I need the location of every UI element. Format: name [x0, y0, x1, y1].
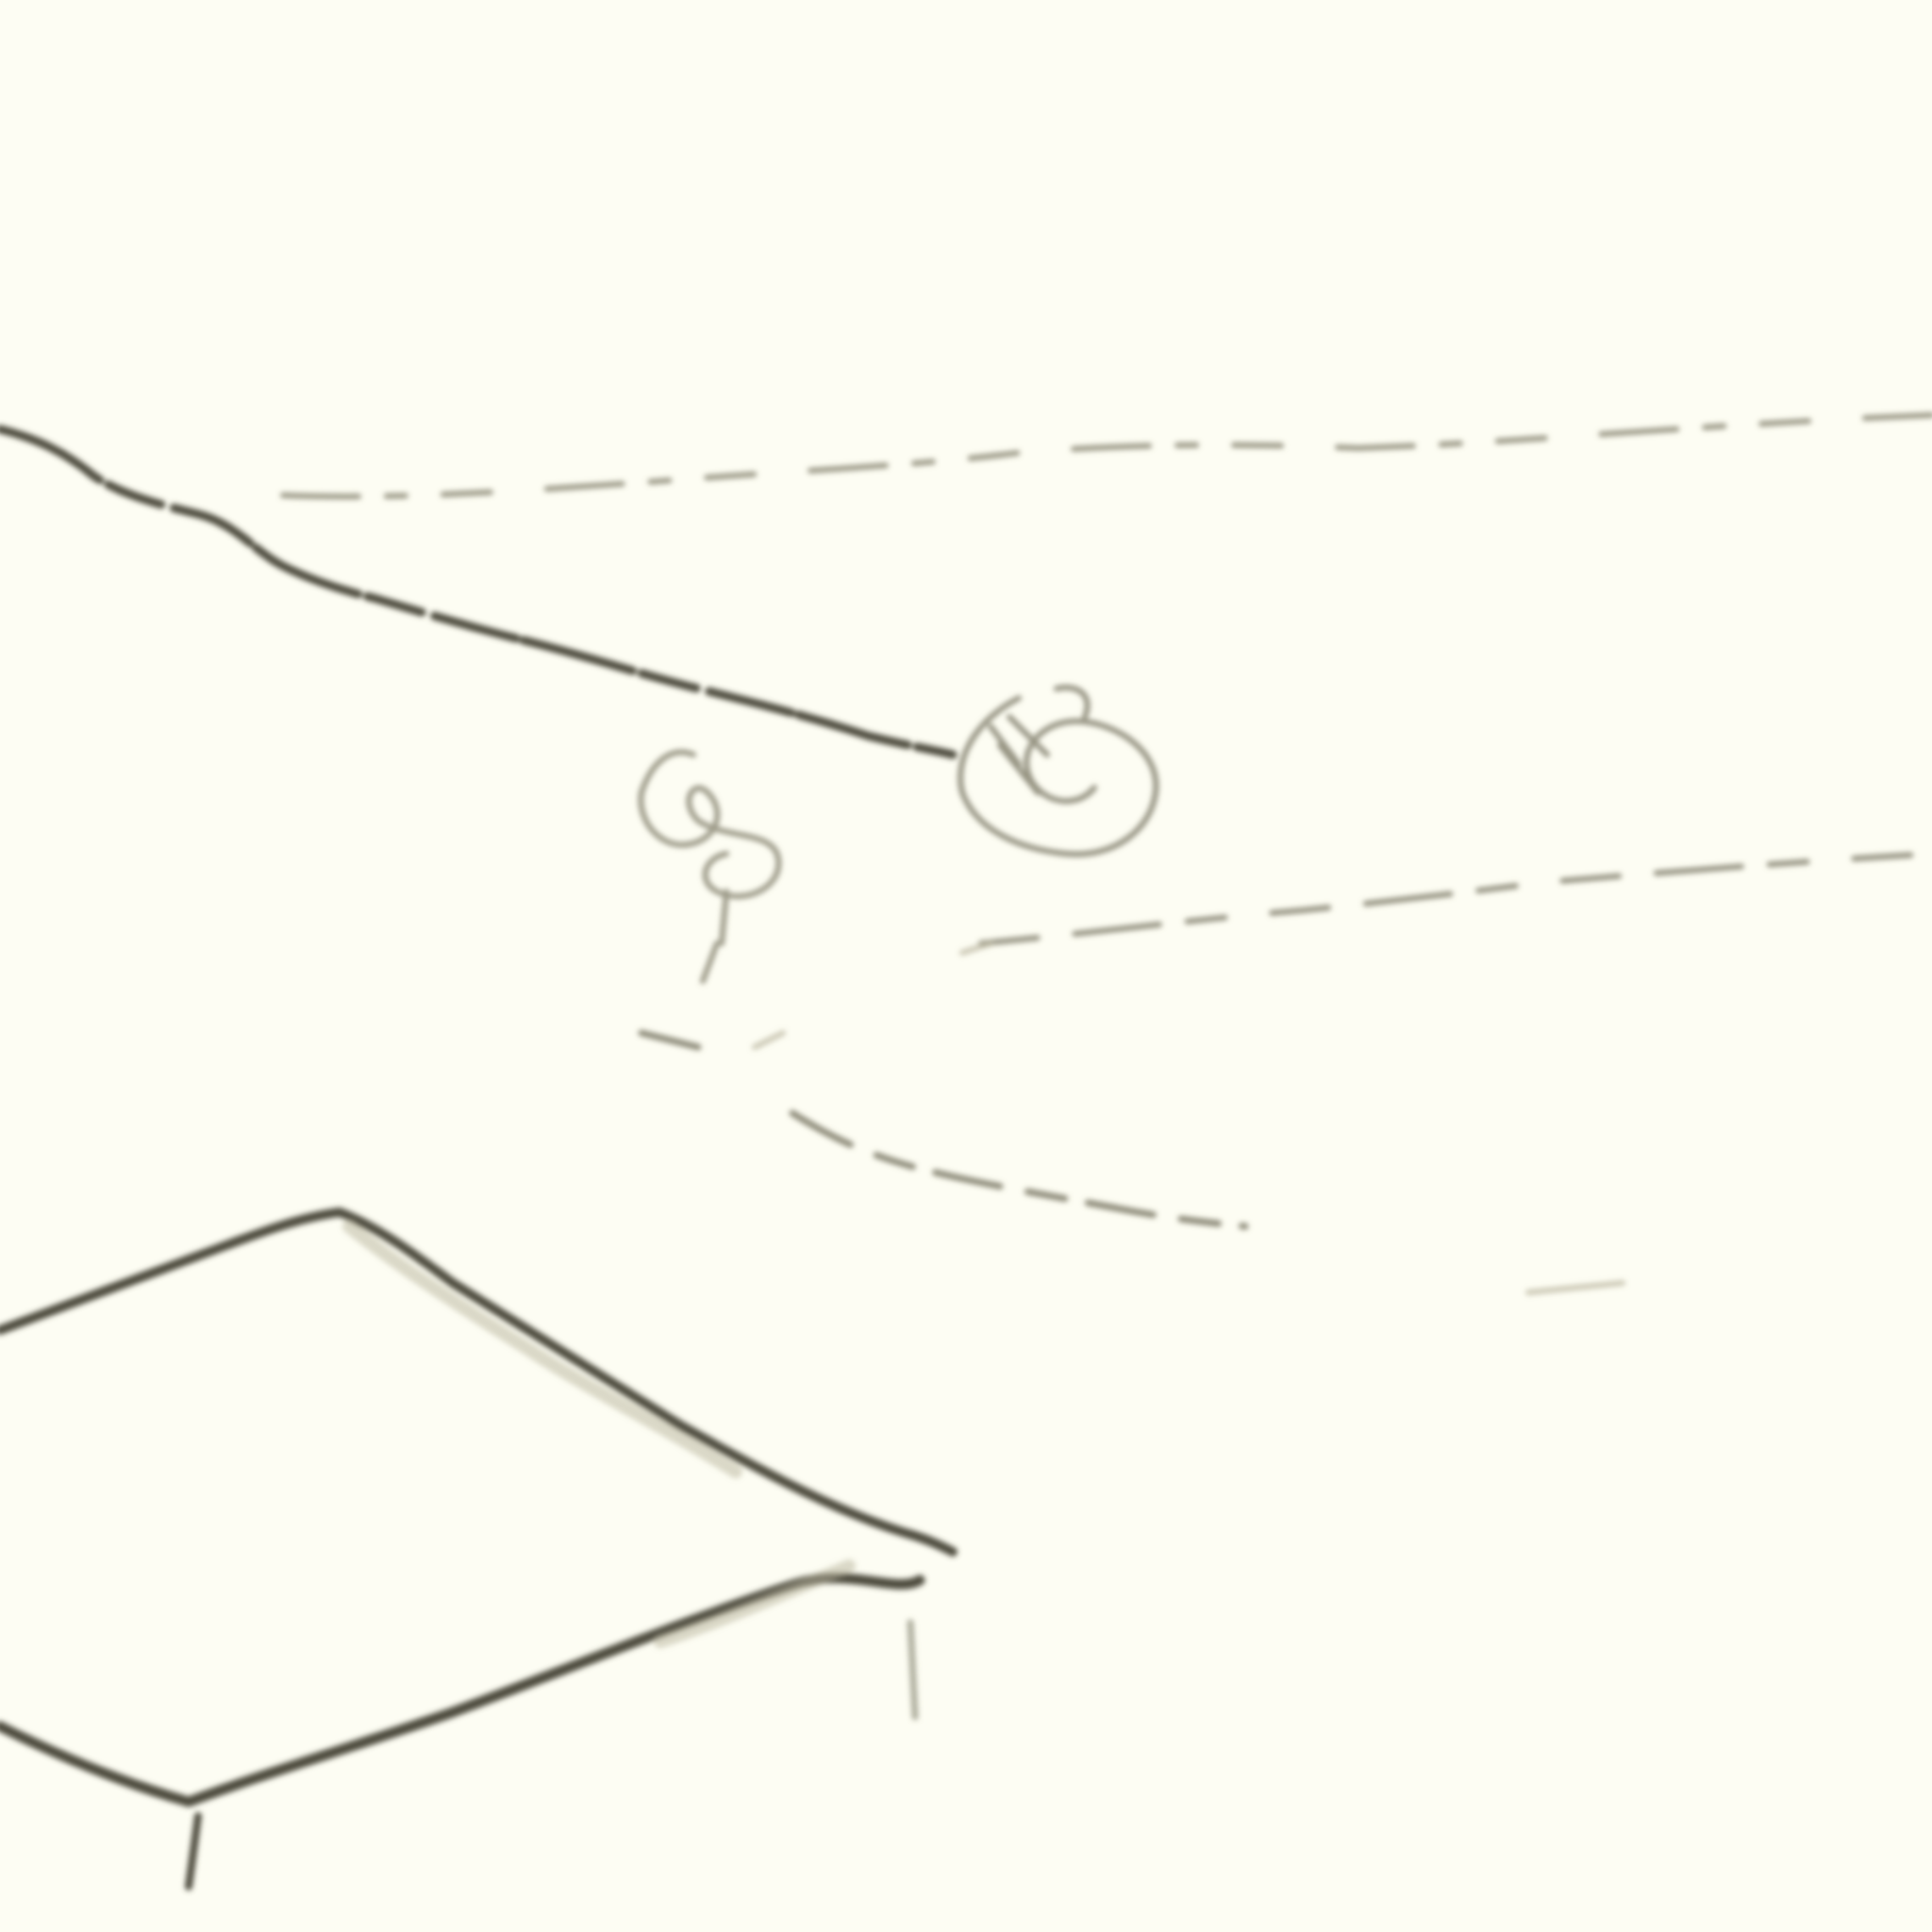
- square-frame-leg-right: [910, 1623, 915, 1717]
- sketch-canvas: [0, 0, 1932, 1932]
- paper-background: [0, 0, 1932, 1932]
